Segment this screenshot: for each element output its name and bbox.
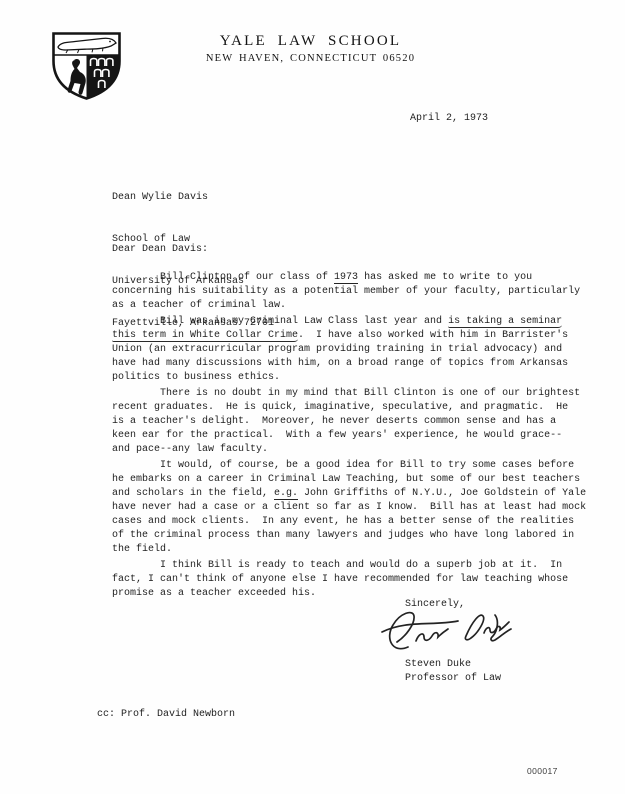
letter-line: and pace--any law faculty. <box>112 443 586 457</box>
signer-title: Professor of Law <box>405 672 501 686</box>
letter-line: politics to business ethics. <box>112 371 586 385</box>
letter-text: There is no doubt in my mind that Bill C… <box>112 388 580 399</box>
letter-text: Union (an extracurricular program provid… <box>112 344 562 355</box>
letter-line: promise as a teacher exceeded his. <box>112 587 586 601</box>
letter-text: and scholars in the field, <box>112 488 274 499</box>
salutation: Dear Dean Davis: <box>112 243 208 257</box>
letter-line: he embarks on a career in Criminal Law T… <box>112 473 586 487</box>
paragraph: There is no doubt in my mind that Bill C… <box>112 387 586 457</box>
underlined-text: e.g. <box>274 488 298 500</box>
cc-line: cc: Prof. David Newborn <box>97 708 235 722</box>
letter-text: fact, I can't think of anyone else I hav… <box>112 574 568 585</box>
letter-text: as a teacher of criminal law. <box>112 300 286 311</box>
letter-line: fact, I can't think of anyone else I hav… <box>112 573 586 587</box>
recipient-line: Dean Wylie Davis <box>112 191 274 205</box>
underlined-text: this term in White Collar Crime <box>112 330 298 342</box>
letter-line: and scholars in the field, e.g. John Gri… <box>112 487 586 501</box>
letter-text: have had many discussions with him, on a… <box>112 358 568 369</box>
school-name: YALE LAW SCHOOL <box>0 33 623 50</box>
paragraph: I think Bill is ready to teach and would… <box>112 559 586 601</box>
letter-text: have never had a case or a client so far… <box>112 502 586 513</box>
letter-line: There is no doubt in my mind that Bill C… <box>112 387 586 401</box>
letter-line: concerning his suitability as a potentia… <box>112 285 586 299</box>
underlined-text: is taking a seminar <box>448 316 562 328</box>
paragraph: Bill was in my Criminal Law Class last y… <box>112 315 586 385</box>
letter-text: of the criminal process than many lawyer… <box>112 530 574 541</box>
school-address: NEW HAVEN, CONNECTICUT 06520 <box>0 53 623 64</box>
letter-line: cases and mock clients. In any event, he… <box>112 515 586 529</box>
letter-text: Bill was in my Criminal Law Class last y… <box>112 316 448 327</box>
letter-line: Bill Clinton of our class of 1973 has as… <box>112 271 586 285</box>
signer-name: Steven Duke <box>405 658 471 672</box>
letter-line: the field. <box>112 543 586 557</box>
letter-text: has asked me to write to you <box>358 272 532 283</box>
letter-text: concerning his suitability as a potentia… <box>112 286 580 297</box>
underlined-text: 1973 <box>334 272 358 284</box>
letter-text: It would, of course, be a good idea for … <box>112 460 574 471</box>
paragraph: Bill Clinton of our class of 1973 has as… <box>112 271 586 313</box>
letter-line: have had many discussions with him, on a… <box>112 357 586 371</box>
letter-page: YALE LAW SCHOOL NEW HAVEN, CONNECTICUT 0… <box>0 0 625 794</box>
letter-line: keen ear for the practical. With a few y… <box>112 429 586 443</box>
letter-line: recent graduates. He is quick, imaginati… <box>112 401 586 415</box>
letter-line: I think Bill is ready to teach and would… <box>112 559 586 573</box>
letter-text: the field. <box>112 544 172 555</box>
letter-text: he embarks on a career in Criminal Law T… <box>112 474 580 485</box>
letter-text: promise as a teacher exceeded his. <box>112 588 316 599</box>
letter-line: have never had a case or a client so far… <box>112 501 586 515</box>
letter-date: April 2, 1973 <box>410 112 488 126</box>
letter-text: I think Bill is ready to teach and would… <box>112 560 562 571</box>
letter-line: this term in White Collar Crime. I have … <box>112 329 586 343</box>
letter-line: is a teacher's delight. Moreover, he nev… <box>112 415 586 429</box>
letter-line: of the criminal process than many lawyer… <box>112 529 586 543</box>
letter-text: John Griffiths of N.Y.U., Joe Goldstein … <box>298 488 586 499</box>
letter-text: keen ear for the practical. With a few y… <box>112 430 562 441</box>
letter-text: . I have also worked with him in Barrist… <box>298 330 568 341</box>
letter-text: recent graduates. He is quick, imaginati… <box>112 402 568 413</box>
letter-line: Bill was in my Criminal Law Class last y… <box>112 315 586 329</box>
letter-text: is a teacher's delight. Moreover, he nev… <box>112 416 556 427</box>
bates-number: 000017 <box>527 766 558 776</box>
letter-text: Bill Clinton of our class of <box>112 272 334 283</box>
letter-text: and pace--any law faculty. <box>112 444 268 455</box>
letter-text: politics to business ethics. <box>112 372 280 383</box>
letter-line: Union (an extracurricular program provid… <box>112 343 586 357</box>
letter-line: as a teacher of criminal law. <box>112 299 586 313</box>
paragraph: It would, of course, be a good idea for … <box>112 459 586 557</box>
signature-scrawl-icon <box>378 604 523 656</box>
letter-body: Bill Clinton of our class of 1973 has as… <box>112 271 586 603</box>
letter-text: cases and mock clients. In any event, he… <box>112 516 574 527</box>
letter-line: It would, of course, be a good idea for … <box>112 459 586 473</box>
